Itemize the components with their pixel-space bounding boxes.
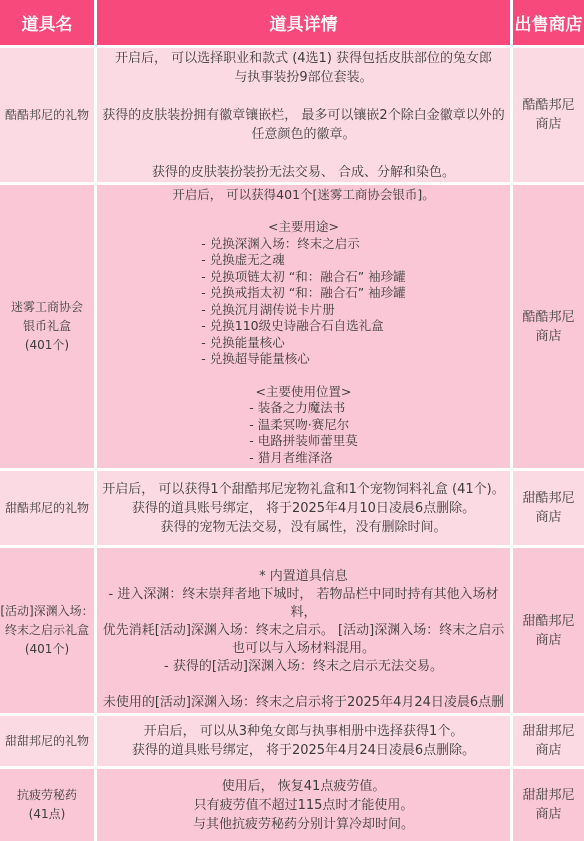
items-table: 道具名 道具详情 出售商店 酷酷邦尼的礼物 开启后， 可以选择职业和款式 (4选… (0, 0, 584, 841)
shop-cell: 甜甜邦尼 商店 (513, 716, 584, 766)
item-name-cell: 酷酷邦尼的礼物 (0, 48, 94, 182)
details-uses-list: - 兑换深渊入场：终末之启示 - 兑换虚无之魂 - 兑换项链太初 “和：融合石”… (201, 236, 405, 368)
shop-cell: 甜酷邦尼 商店 (513, 471, 584, 545)
item-details-cell: 开启后， 可以获得401个[活动]深渊入场：终末之启示。 * 内置道具信息 - … (97, 548, 510, 713)
item-name-cell: 迷雾工商协会 银币礼盒 (401个) (0, 185, 94, 468)
details-intro: 开启后， 可以获得401个[迷雾工商协会银币]。 (172, 187, 435, 204)
item-name-cell: [活动]深渊入场： 终末之启示礼盒 (401个) (0, 548, 94, 713)
column-header-item-details: 道具详情 (97, 0, 510, 45)
shop-cell: 甜甜邦尼 商店 (513, 769, 584, 841)
column-header-item-name: 道具名 (0, 0, 94, 45)
shop-cell: 甜酷邦尼 商店 (513, 548, 584, 713)
details-places-title: <主要使用位置> (256, 384, 352, 401)
item-details-cell: 使用后， 恢复41点疲劳值。 只有疲劳值不超过115点时才能使用。 与其他抗疲劳… (97, 769, 510, 841)
details-places-list: - 装备之力魔法书 - 温柔冥吻·赛尼尔 - 电路拼装师蕾里莫 - 猎月者维泽洛 (249, 400, 357, 466)
item-details-cell: 开启后， 可以选择职业和款式 (4选1) 获得包括皮肤部位的兔女郎 与执事装扮9… (97, 48, 510, 182)
shop-cell: 酷酷邦尼 商店 (513, 185, 584, 468)
item-name-cell: 甜酷邦尼的礼物 (0, 471, 94, 545)
item-name-cell: 抗疲劳秘药 (41点) (0, 769, 94, 841)
shop-cell: 酷酷邦尼 商店 (513, 48, 584, 182)
item-details-cell: 开启后， 可以获得1个甜酷邦尼宠物礼盒和1个宠物饲料礼盒 (41个)。 获得的道… (97, 471, 510, 545)
details-uses-title: <主要用途> (268, 219, 339, 236)
item-details-cell: 开启后， 可以从3种兔女郎与执事相册中选择获得1个。 获得的道具账号绑定， 将于… (97, 716, 510, 766)
item-name-cell: 甜甜邦尼的礼物 (0, 716, 94, 766)
item-details-cell: 开启后， 可以获得401个[迷雾工商协会银币]。 <主要用途> - 兑换深渊入场… (97, 185, 510, 468)
column-header-shop: 出售商店 (513, 0, 584, 45)
